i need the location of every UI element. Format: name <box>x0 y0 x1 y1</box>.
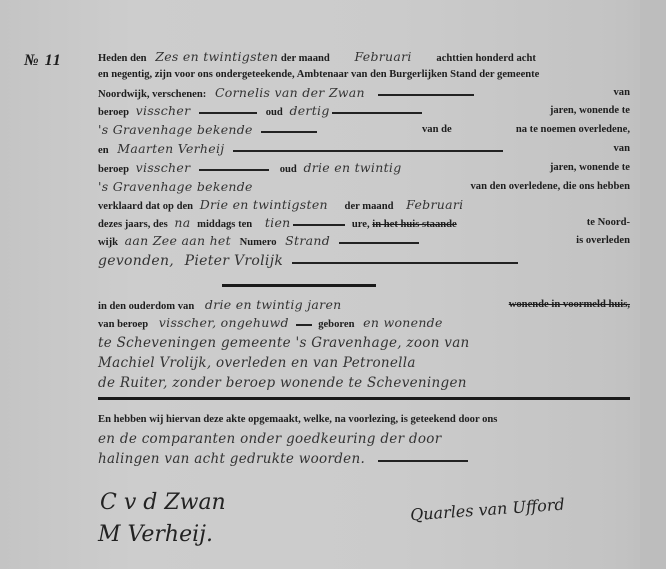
handwritten-residence: 's Gravenhage bekende <box>98 179 253 194</box>
handwritten-text: de Ruiter, zonder beroep wonende te Sche… <box>98 375 467 391</box>
closing-printed-line: En hebben wij hiervan deze akte opgemaak… <box>98 411 630 429</box>
line-0: Heden den Zes en twintigsten der maand F… <box>98 48 630 66</box>
fill-rule <box>293 224 345 226</box>
printed-text: geboren <box>318 319 354 330</box>
printed-text: Noordwijk, verschenen: <box>98 89 206 100</box>
handwritten-location: Strand <box>285 233 330 248</box>
printed-text: wijk <box>98 237 118 248</box>
printed-text: van <box>614 84 631 102</box>
printed-text: van beroep <box>98 319 148 330</box>
signature-registrar: Quarles van Ufford <box>410 495 566 525</box>
printed-text: dezes jaars, des <box>98 219 168 230</box>
line-6: beroep visscher oud drie en twintig jare… <box>98 159 630 177</box>
printed-text: jaren, wonende te <box>550 102 630 120</box>
line-9: dezes jaars, des na middags ten tien ure… <box>98 214 630 232</box>
printed-text: van den overledene, die ons hebben <box>470 178 630 196</box>
line-1: en negentig, zijn voor ons ondergeteeken… <box>98 66 630 84</box>
printed-text: Heden den <box>98 53 147 64</box>
printed-text: beroep <box>98 164 129 175</box>
fill-rule <box>378 94 474 96</box>
line-3: beroep visscher oud dertig jaren, wonend… <box>98 102 630 120</box>
document-page: № 11 Heden den Zes en twintigsten der ma… <box>0 0 666 569</box>
deceased-name: Pieter Vrolijk <box>185 253 283 269</box>
closing-hand-line-1: en de comparanten onder goedkeuring der … <box>98 430 630 450</box>
line-8: verklaard dat op den Drie en twintigsten… <box>98 196 630 214</box>
printed-text: der maand <box>281 53 330 64</box>
fill-rule <box>332 112 422 114</box>
handwritten-name: Maarten Verheij <box>117 141 224 156</box>
handwritten-date: Zes en twintigsten <box>155 49 278 64</box>
printed-text: in den ouderdom van <box>98 301 194 312</box>
fill-rule <box>292 262 518 264</box>
struck-text: in het huis staande <box>372 219 456 230</box>
line-11: gevonden, Pieter Vrolijk <box>98 252 630 274</box>
page-edge <box>640 0 666 569</box>
handwritten-text: Machiel Vrolijk, overleden en van Petron… <box>98 355 416 371</box>
fill-rule <box>233 150 503 152</box>
printed-text: Numero <box>240 237 277 248</box>
printed-text: na te noemen overledene, <box>516 121 630 139</box>
printed-text: van de <box>422 121 452 139</box>
underline-rule <box>222 284 376 287</box>
handwritten-hour: tien <box>265 215 291 230</box>
fill-rule <box>378 460 468 462</box>
handwritten-location: aan Zee aan het <box>125 233 231 248</box>
handwritten-occupation: visscher <box>136 103 191 118</box>
printed-text: En hebben wij hiervan deze akte opgemaak… <box>98 414 497 425</box>
printed-text: jaren, wonende te <box>550 159 630 177</box>
printed-text: oud <box>280 164 297 175</box>
handwritten-text: en de comparanten onder goedkeuring der … <box>98 431 441 447</box>
handwritten-text: te Scheveningen gemeente 's Gravenhage, … <box>98 335 470 351</box>
handwritten-age: dertig <box>289 103 329 118</box>
printed-text: middags ten <box>197 219 252 230</box>
handwritten-residence: 's Gravenhage bekende <box>98 122 253 137</box>
line-5: en Maarten Verheij van <box>98 140 630 158</box>
line-7: 's Gravenhage bekende van den overledene… <box>98 178 630 196</box>
line-14: te Scheveningen gemeente 's Gravenhage, … <box>98 334 630 354</box>
fill-rule <box>261 131 317 133</box>
fill-rule <box>296 324 312 326</box>
handwritten-text: gevonden, <box>98 253 174 269</box>
handwritten-date: Drie en twintigsten <box>200 197 328 212</box>
handwritten-age: drie en twintig <box>303 160 401 175</box>
fill-rule <box>339 242 419 244</box>
handwritten-text: halingen van acht gedrukte woorden. <box>98 451 365 467</box>
line-13: van beroep visscher, ongehuwd geboren en… <box>98 314 630 332</box>
handwritten-text: en wonende <box>363 315 443 330</box>
closing-hand-line-2: halingen van acht gedrukte woorden. <box>98 450 630 470</box>
handwritten-name: Cornelis van der Zwan <box>215 85 365 100</box>
line-15: Machiel Vrolijk, overleden en van Petron… <box>98 354 630 374</box>
section-divider <box>98 397 630 400</box>
line-16: de Ruiter, zonder beroep wonende te Sche… <box>98 374 630 394</box>
signature-cornelis-van-der-zwan: C v d Zwan <box>100 490 226 515</box>
line-10: wijk aan Zee aan het Numero Strand is ov… <box>98 232 630 250</box>
record-number: № 11 <box>24 52 62 70</box>
printed-text: en negentig, zijn voor ons ondergeteeken… <box>98 69 539 80</box>
handwritten-age: drie en twintig jaren <box>205 297 342 312</box>
printed-text: ure, <box>352 219 370 230</box>
struck-text: wonende in voormeld huis, <box>509 296 630 314</box>
handwritten-month: Februari <box>406 197 463 212</box>
printed-text: oud <box>266 107 283 118</box>
signature-maarten-verheij: M Verheij. <box>98 522 213 547</box>
line-2: Noordwijk, verschenen: Cornelis van der … <box>98 84 630 102</box>
printed-text: beroep <box>98 107 129 118</box>
fill-rule <box>199 112 257 114</box>
handwritten-occupation: visscher, ongehuwd <box>159 315 289 330</box>
handwritten-month: Februari <box>354 49 411 64</box>
fill-rule <box>199 169 269 171</box>
printed-text: verklaard dat op den <box>98 201 193 212</box>
line-4: 's Gravenhage bekende van de na te noeme… <box>98 121 630 139</box>
printed-text: is overleden <box>576 232 630 250</box>
printed-text: der maand <box>345 201 394 212</box>
printed-text: van <box>614 140 631 158</box>
printed-text: en <box>98 145 109 156</box>
handwritten-time: na <box>174 215 190 230</box>
handwritten-occupation: visscher <box>136 160 191 175</box>
line-12: in den ouderdom van drie en twintig jare… <box>98 296 630 314</box>
printed-text: te Noord- <box>587 214 630 232</box>
printed-text: achttien honderd acht <box>436 53 535 64</box>
